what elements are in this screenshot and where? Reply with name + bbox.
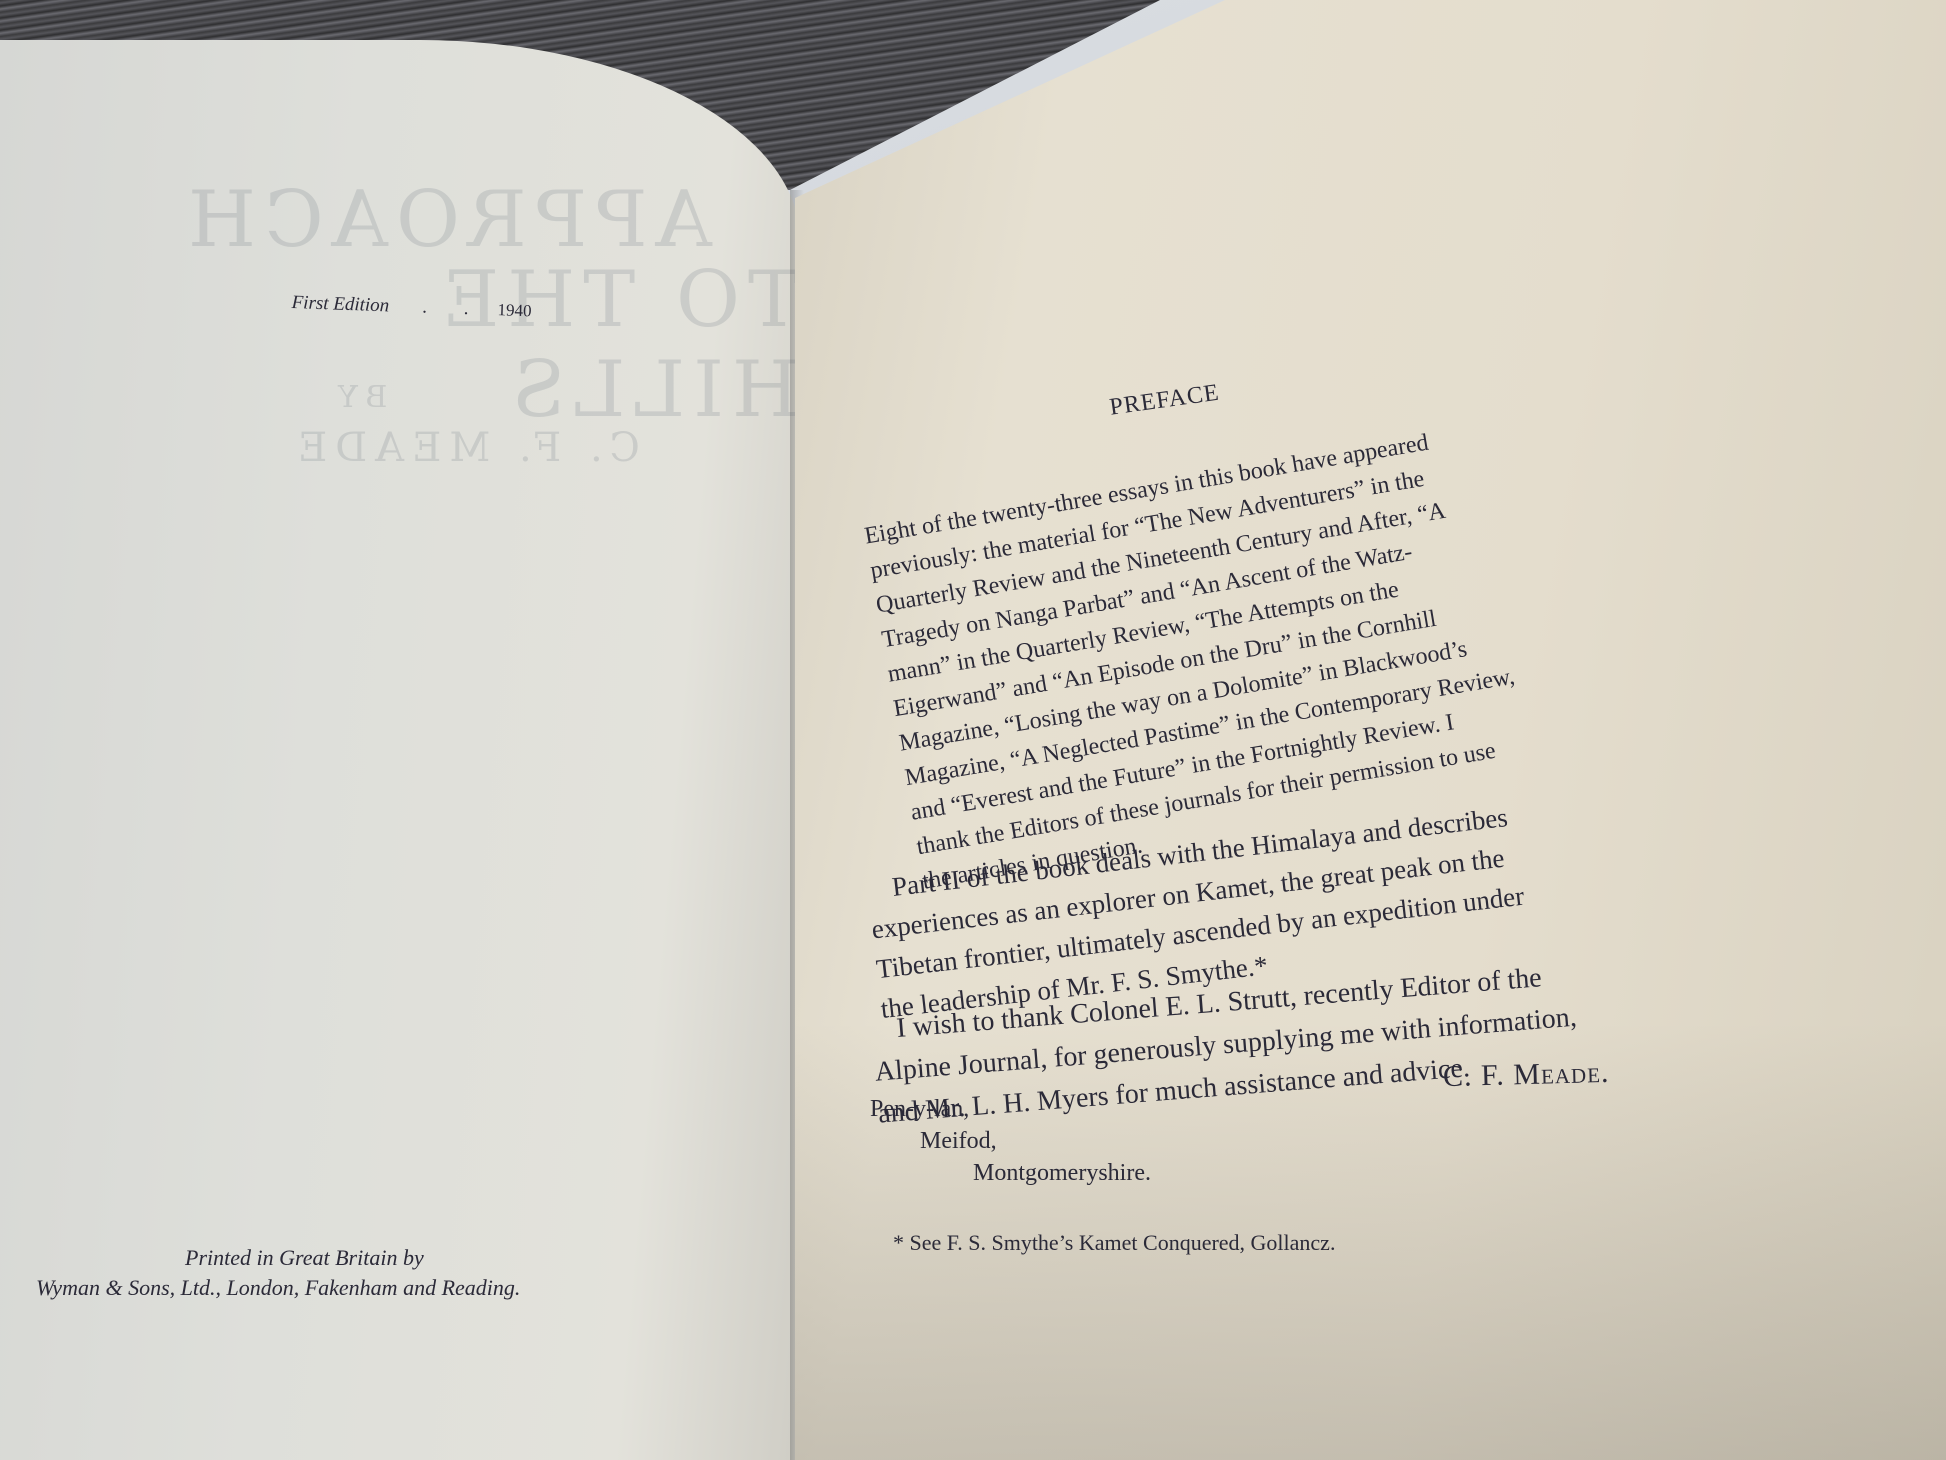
address-line-3: Montgomeryshire. <box>973 1160 1151 1187</box>
showthrough-title-2: TO THE HILLS <box>150 255 800 435</box>
edition-dots: . . <box>422 297 485 320</box>
edition-label: First Edition <box>291 292 389 316</box>
left-page: APPROACH TO THE HILLS BY C. F. MEADE Fir… <box>0 40 800 1460</box>
printer-line-2: Wyman & Sons, Ltd., London, Fakenham and… <box>36 1275 520 1301</box>
showthrough-title-1: APPROACH <box>180 175 712 265</box>
edition-year: 1940 <box>497 300 532 320</box>
address-line-1: Pen-y-lan, <box>870 1096 969 1123</box>
signature: C. F. Meade. <box>1443 1056 1610 1094</box>
address-line-2: Meifod, <box>920 1128 997 1155</box>
printer-line-1: Printed in Great Britain by <box>185 1245 424 1271</box>
showthrough-by: BY <box>330 380 387 415</box>
footnote: * See F. S. Smythe’s Kamet Conquered, Go… <box>893 1230 1335 1256</box>
showthrough-author: C. F. MEADE <box>290 425 640 471</box>
